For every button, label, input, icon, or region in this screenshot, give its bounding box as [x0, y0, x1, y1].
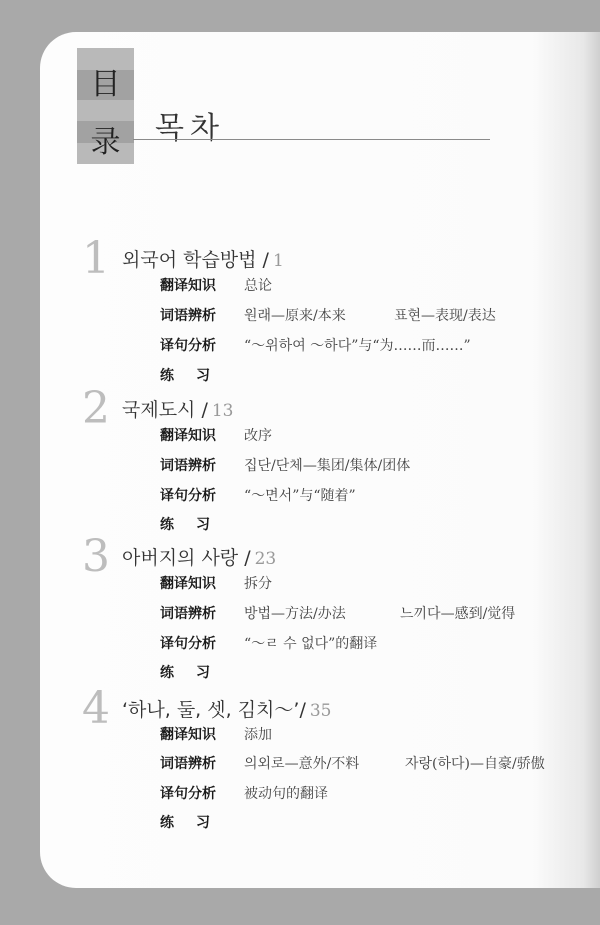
- chapter-page-number: 35: [310, 701, 332, 721]
- toc-row-translation-knowledge[interactable]: 翻译知识添加: [160, 724, 272, 744]
- value: 被动句的翻译: [244, 786, 328, 802]
- chapter-title[interactable]: 외국어 학습방법 /1: [122, 245, 284, 272]
- label: 练习: [160, 662, 244, 682]
- title-band: 目: [77, 70, 134, 100]
- toc-row-translation-knowledge[interactable]: 翻译知识总论: [160, 275, 272, 295]
- chapter-number: 1: [82, 237, 110, 281]
- toc-row-translation-knowledge[interactable]: 翻译知识改序: [160, 425, 272, 445]
- toc-row-word-analysis[interactable]: 词语辨析집단/단체—集团/集体/团体: [160, 455, 410, 475]
- label: 练习: [160, 514, 244, 534]
- toc-row-exercise[interactable]: 练习: [160, 662, 244, 682]
- label: 译句分析: [160, 633, 244, 653]
- chapter-title[interactable]: 국제도시 /13: [122, 395, 234, 422]
- value: 의외로—意外/不料: [244, 756, 359, 772]
- chapter-title-text: ‘하나, 둘, 셋, 김치～’/: [122, 699, 306, 721]
- chapter-page-number: 23: [255, 549, 277, 569]
- toc-row-exercise[interactable]: 练习: [160, 365, 244, 385]
- value-secondary: 표현—表现/表达: [394, 305, 496, 325]
- value-secondary: 자랑(하다)—自豪/骄傲: [405, 753, 545, 773]
- toc-row-sentence-analysis[interactable]: 译句分析“～위하여 ～하다”与“为……而……”: [160, 335, 471, 355]
- title-char-lu-wrap: 录: [77, 128, 134, 158]
- value: 원래—原来/本来: [244, 308, 346, 324]
- value: 改序: [244, 428, 272, 444]
- toc-row-word-analysis[interactable]: 词语辨析방법—方法/办法느끼다—感到/觉得: [160, 603, 346, 623]
- value: 添加: [244, 727, 272, 743]
- toc-row-word-analysis[interactable]: 词语辨析의외로—意外/不料자랑(하다)—自豪/骄傲: [160, 753, 359, 773]
- page-title: 목차: [155, 103, 225, 147]
- label: 译句分析: [160, 783, 244, 803]
- chapter-title[interactable]: 아버지의 사랑 /23: [122, 543, 276, 570]
- label: 练习: [160, 812, 244, 832]
- label: 词语辨析: [160, 603, 244, 623]
- value: 拆分: [244, 576, 272, 592]
- toc-row-sentence-analysis[interactable]: 译句分析被动句的翻译: [160, 783, 328, 803]
- title-char-mu: 目: [91, 70, 121, 100]
- value: 집단/단체—集团/集体/团体: [244, 458, 410, 474]
- chapter-number: 4: [82, 687, 110, 731]
- label: 译句分析: [160, 485, 244, 505]
- value: “～위하여 ～하다”与“为……而……”: [244, 338, 471, 354]
- label: 翻译知识: [160, 425, 244, 445]
- value-secondary: 느끼다—感到/觉得: [400, 603, 515, 623]
- title-char-lu: 录: [91, 125, 121, 160]
- chapter-page-number: 1: [273, 251, 284, 271]
- value: 방법—方法/办法: [244, 606, 346, 622]
- toc-row-sentence-analysis[interactable]: 译句分析“～면서”与“随着”: [160, 485, 356, 505]
- value: “～면서”与“随着”: [244, 488, 356, 504]
- chapter-page-number: 13: [212, 401, 234, 421]
- label: 练习: [160, 365, 244, 385]
- toc-row-word-analysis[interactable]: 词语辨析원래—原来/本来표현—表现/表达: [160, 305, 346, 325]
- value: 总论: [244, 278, 272, 294]
- label: 翻译知识: [160, 573, 244, 593]
- label: 词语辨析: [160, 305, 244, 325]
- title-underline: [133, 139, 490, 140]
- title-band: [77, 100, 134, 122]
- toc-row-translation-knowledge[interactable]: 翻译知识拆分: [160, 573, 272, 593]
- label: 翻译知识: [160, 724, 244, 744]
- label: 翻译知识: [160, 275, 244, 295]
- chapter-number: 2: [82, 387, 110, 431]
- chapter-title-text: 외국어 학습방법 /: [122, 249, 269, 271]
- value: “～ㄹ 수 없다”的翻译: [244, 636, 377, 652]
- label: 词语辨析: [160, 455, 244, 475]
- chapter-title-text: 국제도시 /: [122, 399, 208, 421]
- toc-row-sentence-analysis[interactable]: 译句分析“～ㄹ 수 없다”的翻译: [160, 633, 377, 653]
- chapter-number: 3: [82, 535, 110, 579]
- chapter-title-text: 아버지의 사랑 /: [122, 547, 251, 569]
- label: 译句分析: [160, 335, 244, 355]
- chapter-title[interactable]: ‘하나, 둘, 셋, 김치～’/35: [122, 695, 331, 722]
- toc-row-exercise[interactable]: 练习: [160, 514, 244, 534]
- label: 词语辨析: [160, 753, 244, 773]
- toc-row-exercise[interactable]: 练习: [160, 812, 244, 832]
